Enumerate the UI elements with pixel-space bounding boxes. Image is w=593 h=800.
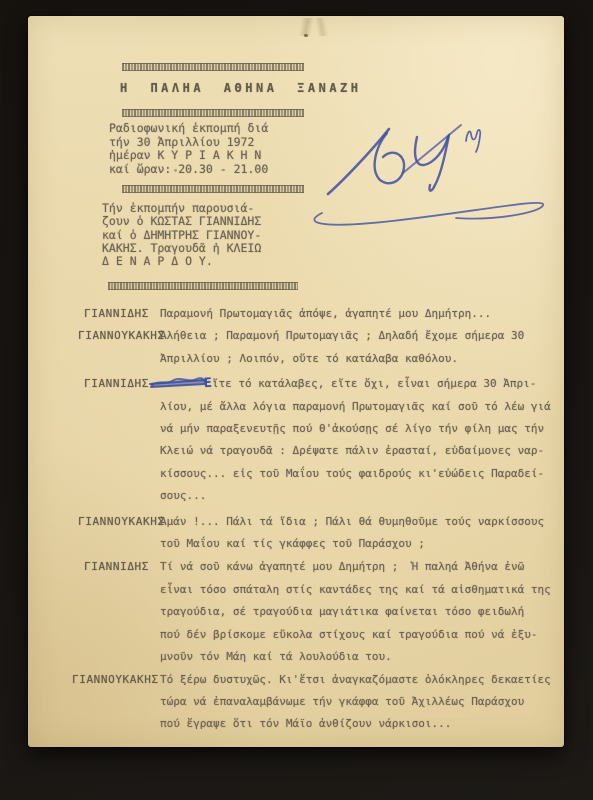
presenters-info-line: καί ὁ ΔΗΜΗΤΡΗΣ ΓΙΑΝΝΟΥ- <box>102 229 261 242</box>
dialogue-line: εἶναι τόσο σπάταλη στίς καντάδες της καί… <box>160 579 558 601</box>
dialogue-line: τοῦ Μαΐου καί τίς γκάφφες τοῦ Παράσχου ; <box>160 533 558 555</box>
decorative-rule <box>122 63 304 71</box>
paper-crease <box>266 18 352 36</box>
dialogue-line: λίου, μέ ἄλλα λόγια παραμονή Πρωτομαγιᾶς… <box>160 396 558 418</box>
dialogue-turn: ΓΙΑΝΝΟΥΚΑΚΗΣΤό ξέρω δυστυχῶς. Κι'ἔτσι ἀν… <box>28 669 564 736</box>
dialogue-line: Κλειώ νά τραγουδᾶ : Δρέψατε πάλιν ἐραστα… <box>160 440 558 462</box>
decorative-rule <box>122 109 304 117</box>
dialogue-turn: ΓΙΑΝΝΙΔΗΣΕἴτε τό κατάλαβες, εἴτε ὄχι, εἶ… <box>28 373 564 507</box>
dialogue-line: Ἀλήθεια ; Παραμονή Πρωτομαγιᾶς ; Δηλαδή … <box>160 325 558 347</box>
dialogue-text: Ἀμάν !... Πάλι τά ἴδια ; Πάλι θά θυμηθοῦ… <box>160 511 558 556</box>
dialogue-text: Ἀλήθεια ; Παραμονή Πρωτομαγιᾶς ; Δηλαδή … <box>160 325 558 370</box>
presenters-info-line: ΚΑΚΗΣ. Τραγουδᾶ ἡ ΚΛΕΙΩ <box>102 242 261 255</box>
broadcast-info-line: Ραδιοφωνική ἐκπομπή διά <box>109 122 268 136</box>
presenters-info-line: ζουν ὁ ΚΩΣΤΑΣ ΓΙΑΝΝΙΔΗΣ <box>102 215 261 228</box>
dialogue-turn: ΓΙΑΝΝΟΥΚΑΚΗΣἈλήθεια ; Παραμονή Πρωτομαγι… <box>28 325 564 370</box>
dialogue-line: Τί νά σοῦ κάνω ἀγαπητέ μου Δημήτρη ; Ἡ π… <box>160 556 558 578</box>
dialogue-text: Παραμονή Πρωτομαγιᾶς ἀπόψε, ἀγαπητέ μου … <box>160 303 558 325</box>
dialogue-text: Τί νά σοῦ κάνω ἀγαπητέ μου Δημήτρη ; Ἡ π… <box>160 556 558 668</box>
dialogue-turn: ΓΙΑΝΝΙΔΗΣΤί νά σοῦ κάνω ἀγαπητέ μου Δημή… <box>28 556 564 668</box>
speaker-label: ΓΙΑΝΝΟΥΚΑΚΗΣ <box>78 325 165 347</box>
dialogue-text: Τό ξέρω δυστυχῶς. Κι'ἔτσι ἀναγκαζόμαστε … <box>160 669 558 736</box>
dialogue-script: ΓΙΑΝΝΙΔΗΣΠαραμονή Πρωτομαγιᾶς ἀπόψε, ἀγα… <box>28 303 564 736</box>
handwritten-correction-letter: Ε <box>203 373 212 396</box>
pen-flourish <box>314 203 543 225</box>
broadcast-info-line: καί ὥραν: 20.30 - 21.00 <box>109 163 268 177</box>
dialogue-turn: ΓΙΑΝΝΙΔΗΣΠαραμονή Πρωτομαγιᾶς ἀπόψε, ἀγα… <box>28 303 564 325</box>
speaker-label: ΓΙΑΝΝΟΥΚΑΚΗΣ <box>72 669 159 691</box>
scan-background: { "annotation": {"text": "164", "supersc… <box>0 0 593 800</box>
dialogue-line: κίσσους... εἰς τοῦ Μαΐου τούς φαιδρούς κ… <box>160 463 558 485</box>
page-title: Η ΠΑΛΗΑ ΑΘΗΝΑ ΞΑΝΑΖΗ <box>120 81 362 95</box>
dialogue-line: Τό ξέρω δυστυχῶς. Κι'ἔτσι ἀναγκαζόμαστε … <box>160 669 558 691</box>
dialogue-line: νά μήν παραξενευτῇς πού θ'ἀκούσῃς σέ λίγ… <box>160 418 558 440</box>
dialogue-line: Παραμονή Πρωτομαγιᾶς ἀπόψε, ἀγαπητέ μου … <box>160 303 558 325</box>
dialogue-text: Εἴτε τό κατάλαβες, εἴτε ὄχι, εἶναι σήμερ… <box>160 373 558 507</box>
dialogue-line: τραγούδια, σέ τραγούδια μαγιάτικα φαίνετ… <box>160 601 558 623</box>
presenters-info: Τήν ἐκπομπήν παρουσιά-ζουν ὁ ΚΩΣΤΑΣ ΓΙΑΝ… <box>102 202 261 268</box>
decorative-rule <box>108 282 298 290</box>
dialogue-line: σους... <box>160 485 558 507</box>
decorative-rule <box>122 185 304 193</box>
speaker-label: ΓΙΑΝΝΙΔΗΣ <box>84 373 149 395</box>
dialogue-line: πού ἔγραψε ὅτι τόν Μάϊο ἀνθίζουν νάρκισο… <box>160 713 558 735</box>
speaker-label: ΓΙΑΝΝΙΔΗΣ <box>84 303 149 325</box>
dialogue-line: τώρα νά ἐπαναλαμβάνωμε τήν γκάφφα τοῦ Ἀχ… <box>160 691 558 713</box>
scanned-page: Η ΠΑΛΗΑ ΑΘΗΝΑ ΞΑΝΑΖΗ Ραδιοφωνική ἐκπομπή… <box>28 16 564 747</box>
paper-speck <box>304 34 308 37</box>
dialogue-line: πού δέν βρίσκομε εὔκολα στίχους καί τραγ… <box>160 624 558 646</box>
dialogue-line: Εἴτε τό κατάλαβες, εἴτε ὄχι, εἶναι σήμερ… <box>160 373 558 395</box>
broadcast-info: Ραδιοφωνική ἐκπομπή διάτήν 30 Ἀπριλλίου … <box>109 122 268 177</box>
handwritten-number-164 <box>314 125 543 225</box>
dialogue-line: μνοῦν τόν Μάη καί τά λουλούδια του. <box>160 646 558 668</box>
speaker-label: ΓΙΑΝΝΙΔΗΣ <box>84 556 149 578</box>
dialogue-line: Ἀπριλλίου ; Λοιπόν, οὔτε τό κατάλαβα καθ… <box>160 348 558 370</box>
speaker-label: ΓΙΑΝΝΟΥΚΑΚΗΣ <box>78 511 165 533</box>
presenters-info-line: Δ Ε Ν Α Ρ Δ Ο Υ. <box>102 255 261 268</box>
dialogue-line: Ἀμάν !... Πάλι τά ἴδια ; Πάλι θά θυμηθοῦ… <box>160 511 558 533</box>
dialogue-turn: ΓΙΑΝΝΟΥΚΑΚΗΣἈμάν !... Πάλι τά ἴδια ; Πάλ… <box>28 511 564 556</box>
